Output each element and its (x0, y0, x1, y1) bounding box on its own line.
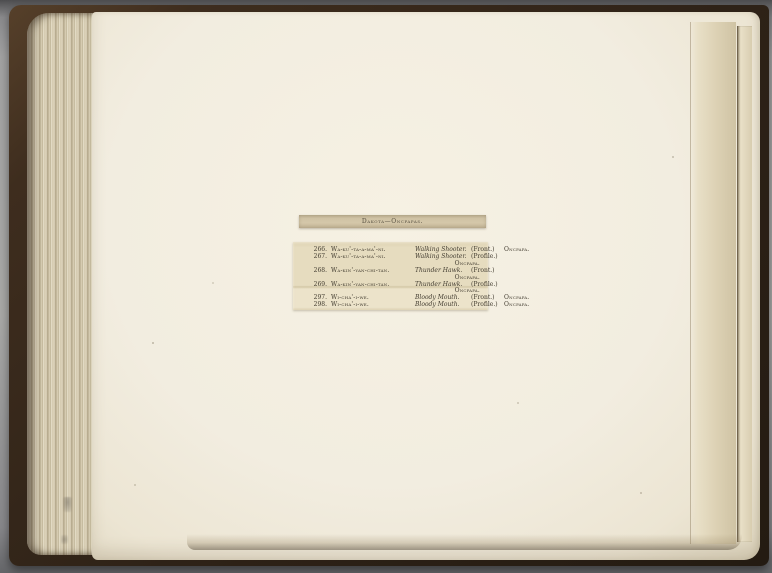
entry-tribe: Oncpapa. (504, 247, 529, 254)
album-photo: Dakota—Oncpapas. 266. Wa-ku'-ta-a-ma'-ni… (0, 0, 772, 573)
entry-number: 268. (305, 268, 327, 275)
photo-speck (152, 342, 154, 344)
pencil-mark (61, 535, 68, 544)
pencil-mark (63, 497, 72, 512)
page-edges-left (27, 13, 99, 555)
page-bottom-shadow (187, 534, 742, 550)
entry-number: 267. (305, 254, 327, 261)
tribe-header-text: Dakota—Oncpapas. (362, 219, 423, 225)
entry-number: 269. (305, 282, 327, 289)
entry-native-name: Wa-kin'-yan-chi-tan. (327, 268, 415, 275)
catalog-entry: 267. Wa-ku'-ta-a-ma'-ni. Walking Shooter… (305, 254, 480, 261)
catalog-label: 266. Wa-ku'-ta-a-ma'-ni. Walking Shooter… (293, 242, 488, 310)
tribe-header-label: Dakota—Oncpapas. (299, 215, 486, 228)
entry-native-name: Wi-cha'-i-we. (327, 302, 415, 309)
catalog-entry: 268. Wa-kin'-yan-chi-tan. Thunder Hawk. … (305, 268, 480, 275)
entry-tribe: Oncpapa. (504, 302, 529, 309)
catalog-entry: 269. Wa-kin'-yan-chi-tan. Thunder Hawk. … (305, 282, 480, 289)
page-edge-sliver (737, 26, 752, 542)
entry-english-name: Bloody Mouth. (415, 302, 471, 309)
entry-native-name: Wa-ku'-ta-a-ma'-ni. (327, 254, 415, 261)
entry-view: (Profile.) (471, 302, 504, 309)
page-edges-right (690, 22, 736, 544)
entry-number: 298. (305, 302, 327, 309)
catalog-entry: 298. Wi-cha'-i-we. Bloody Mouth. (Profil… (305, 302, 480, 309)
entry-native-name: Wa-kin'-yan-chi-tan. (327, 282, 415, 289)
